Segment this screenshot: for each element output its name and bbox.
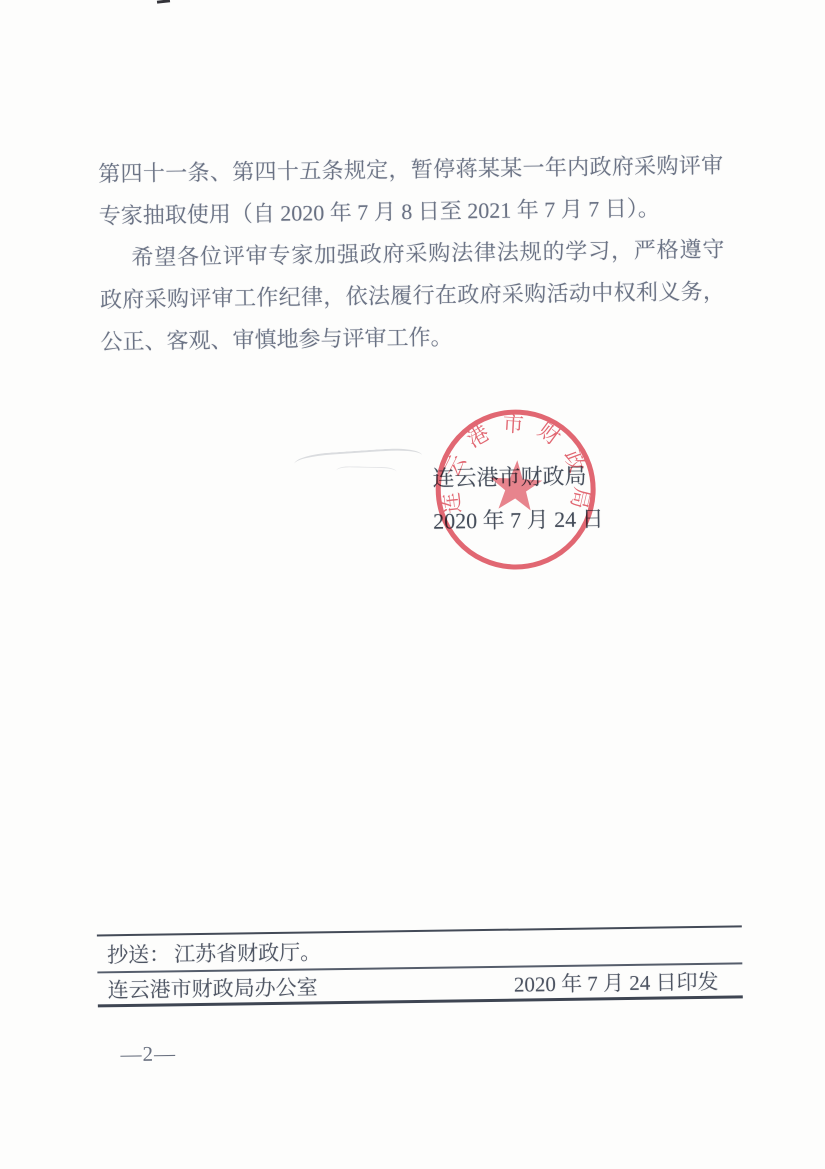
scan-tilt-wrapper: 第四十一条、第四十五条规定，暂停蒋某某一年内政府采购评审专家抽取使用（自 202… — [0, 0, 825, 1169]
paragraph-closing: 希望各位评审专家加强政府采购法律法规的学习，严格遵守政府采购评审工作纪律，依法履… — [99, 229, 726, 364]
issuing-office: 连云港市财政局办公室 — [107, 971, 317, 1004]
paragraph-continuation: 第四十一条、第四十五条规定，暂停蒋某某一年内政府采购评审专家抽取使用（自 202… — [98, 145, 724, 238]
cc-recipient: 江苏省财政厅。 — [174, 936, 321, 968]
official-seal-stamp: 连云港市财政局 — [428, 402, 603, 577]
scan-artifact — [336, 466, 396, 476]
page-number: —2— — [120, 1041, 176, 1067]
print-date: 2020 年 7 月 24 日印发 — [514, 965, 719, 998]
body-text: 第四十一条、第四十五条规定，暂停蒋某某一年内政府采购评审专家抽取使用（自 202… — [98, 145, 726, 364]
cc-label: 抄送： — [107, 938, 170, 969]
footer-block: 抄送： 江苏省财政厅。 连云港市财政局办公室 2020 年 7 月 24 日印发 — [97, 925, 743, 1007]
seal-star-icon — [489, 459, 544, 511]
scanned-document-page: 第四十一条、第四十五条规定，暂停蒋某某一年内政府采购评审专家抽取使用（自 202… — [0, 0, 825, 1169]
